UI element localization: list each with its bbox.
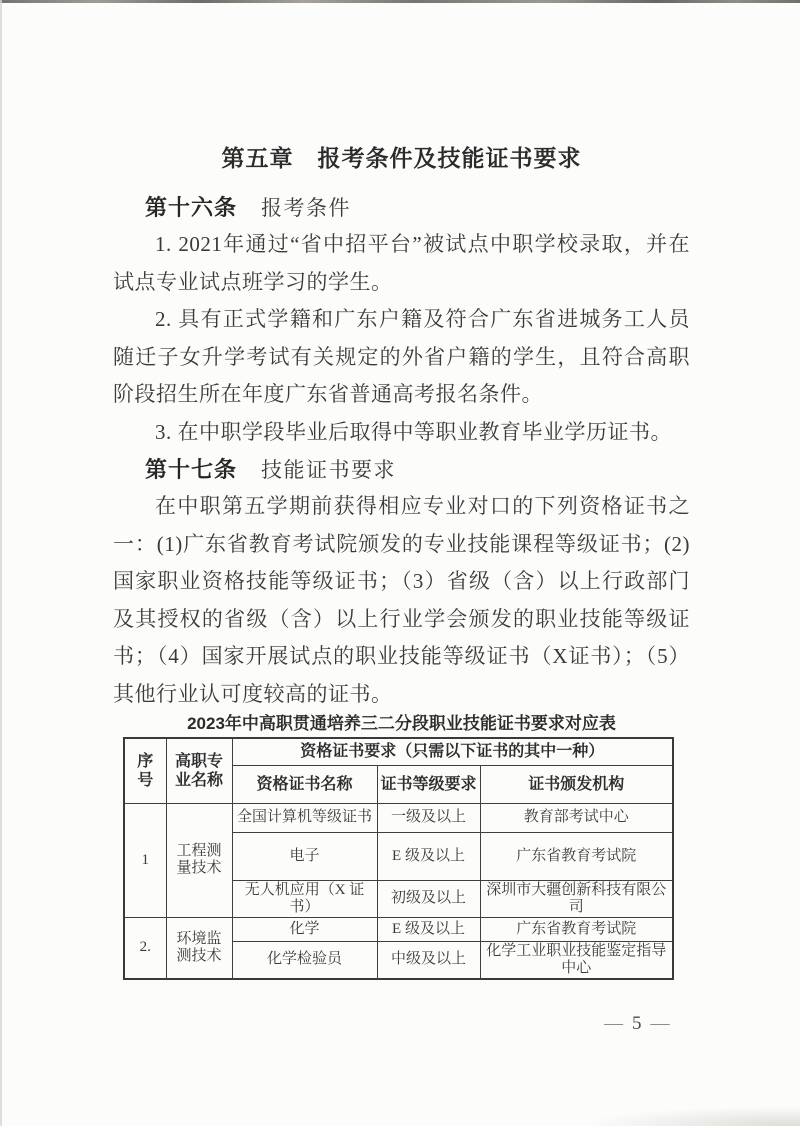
page-number: —5— xyxy=(604,1013,670,1035)
cell-seq: 1 xyxy=(124,803,166,917)
cell-cert-issuer: 广东省教育考试院 xyxy=(480,832,673,880)
cell-cert-level: E 级及以上 xyxy=(377,917,480,941)
cell-seq: 2. xyxy=(124,917,166,979)
header-cert-level: 证书等级要求 xyxy=(377,765,480,803)
table-row: 1 工程测量技术 全国计算机等级证书 一级及以上 教育部考试中心 xyxy=(124,803,673,832)
cell-cert-issuer: 化学工业职业技能鉴定指导中心 xyxy=(480,941,673,979)
cell-cert-level: 初级及以上 xyxy=(377,880,480,917)
cell-cert-name: 化学 xyxy=(232,917,377,941)
certificate-table-title: 2023年中高职贯通培养三二分段职业技能证书要求对应表 xyxy=(113,713,690,735)
cell-cert-issuer: 教育部考试中心 xyxy=(480,803,673,832)
scan-artifact-top-edge xyxy=(0,0,800,3)
section-17-number: 第十七条 xyxy=(145,457,237,482)
certificate-table: 序号 高职专业名称 资格证书要求（只需以下证书的其中一种） 资格证书名称 证书等… xyxy=(123,737,674,980)
section-16-heading: 第十六条报考条件 xyxy=(113,189,690,226)
chapter-title: 第五章 报考条件及技能证书要求 xyxy=(113,145,690,171)
header-cert-group: 资格证书要求（只需以下证书的其中一种） xyxy=(232,738,673,765)
paragraph-2: 2. 具有正式学籍和广东户籍及符合广东省进城务工人员随迁子女升学考试有关规定的外… xyxy=(113,301,690,414)
header-seq: 序号 xyxy=(124,738,166,803)
section-17-heading: 第十七条技能证书要求 xyxy=(113,451,690,488)
document-page: 第五章 报考条件及技能证书要求 第十六条报考条件 1. 2021年通过“省中招平… xyxy=(0,0,800,1126)
cell-cert-name: 电子 xyxy=(232,832,377,880)
section-16-title: 报考条件 xyxy=(261,196,351,220)
page-number-value: 5 xyxy=(632,1013,642,1034)
cell-cert-issuer: 广东省教育考试院 xyxy=(480,917,673,941)
scan-artifact-left-edge xyxy=(0,0,2,1126)
header-major: 高职专业名称 xyxy=(166,738,232,803)
page-number-dash-right: — xyxy=(651,1013,670,1034)
header-cert-issuer: 证书颁发机构 xyxy=(480,765,673,803)
cell-cert-name: 全国计算机等级证书 xyxy=(232,803,377,832)
section-16-number: 第十六条 xyxy=(145,195,237,220)
header-cert-name: 资格证书名称 xyxy=(232,765,377,803)
paragraph-3: 3. 在中职学段毕业后取得中等职业教育毕业学历证书。 xyxy=(113,414,690,452)
paragraph-1: 1. 2021年通过“省中招平台”被试点中职学校录取，并在试点专业试点班学习的学… xyxy=(113,226,690,301)
section-17-title: 技能证书要求 xyxy=(261,458,396,482)
cell-major: 工程测量技术 xyxy=(166,803,232,917)
cell-major: 环境监测技术 xyxy=(166,917,232,979)
cell-cert-level: 中级及以上 xyxy=(377,941,480,979)
page-number-dash-left: — xyxy=(604,1013,623,1034)
cell-cert-name: 无人机应用（X 证书） xyxy=(232,880,377,917)
cell-cert-issuer: 深圳市大疆创新科技有限公司 xyxy=(480,880,673,917)
cell-cert-name: 化学检验员 xyxy=(232,941,377,979)
table-header-row-group: 序号 高职专业名称 资格证书要求（只需以下证书的其中一种） xyxy=(124,738,673,765)
document-content: 第五章 报考条件及技能证书要求 第十六条报考条件 1. 2021年通过“省中招平… xyxy=(113,145,690,980)
scan-artifact-smudge xyxy=(580,1106,800,1126)
paragraph-4: 在中职第五学期前获得相应专业对口的下列资格证书之一：(1)广东省教育考试院颁发的… xyxy=(113,488,690,713)
cell-cert-level: 一级及以上 xyxy=(377,803,480,832)
cell-cert-level: E 级及以上 xyxy=(377,832,480,880)
table-row: 2. 环境监测技术 化学 E 级及以上 广东省教育考试院 xyxy=(124,917,673,941)
